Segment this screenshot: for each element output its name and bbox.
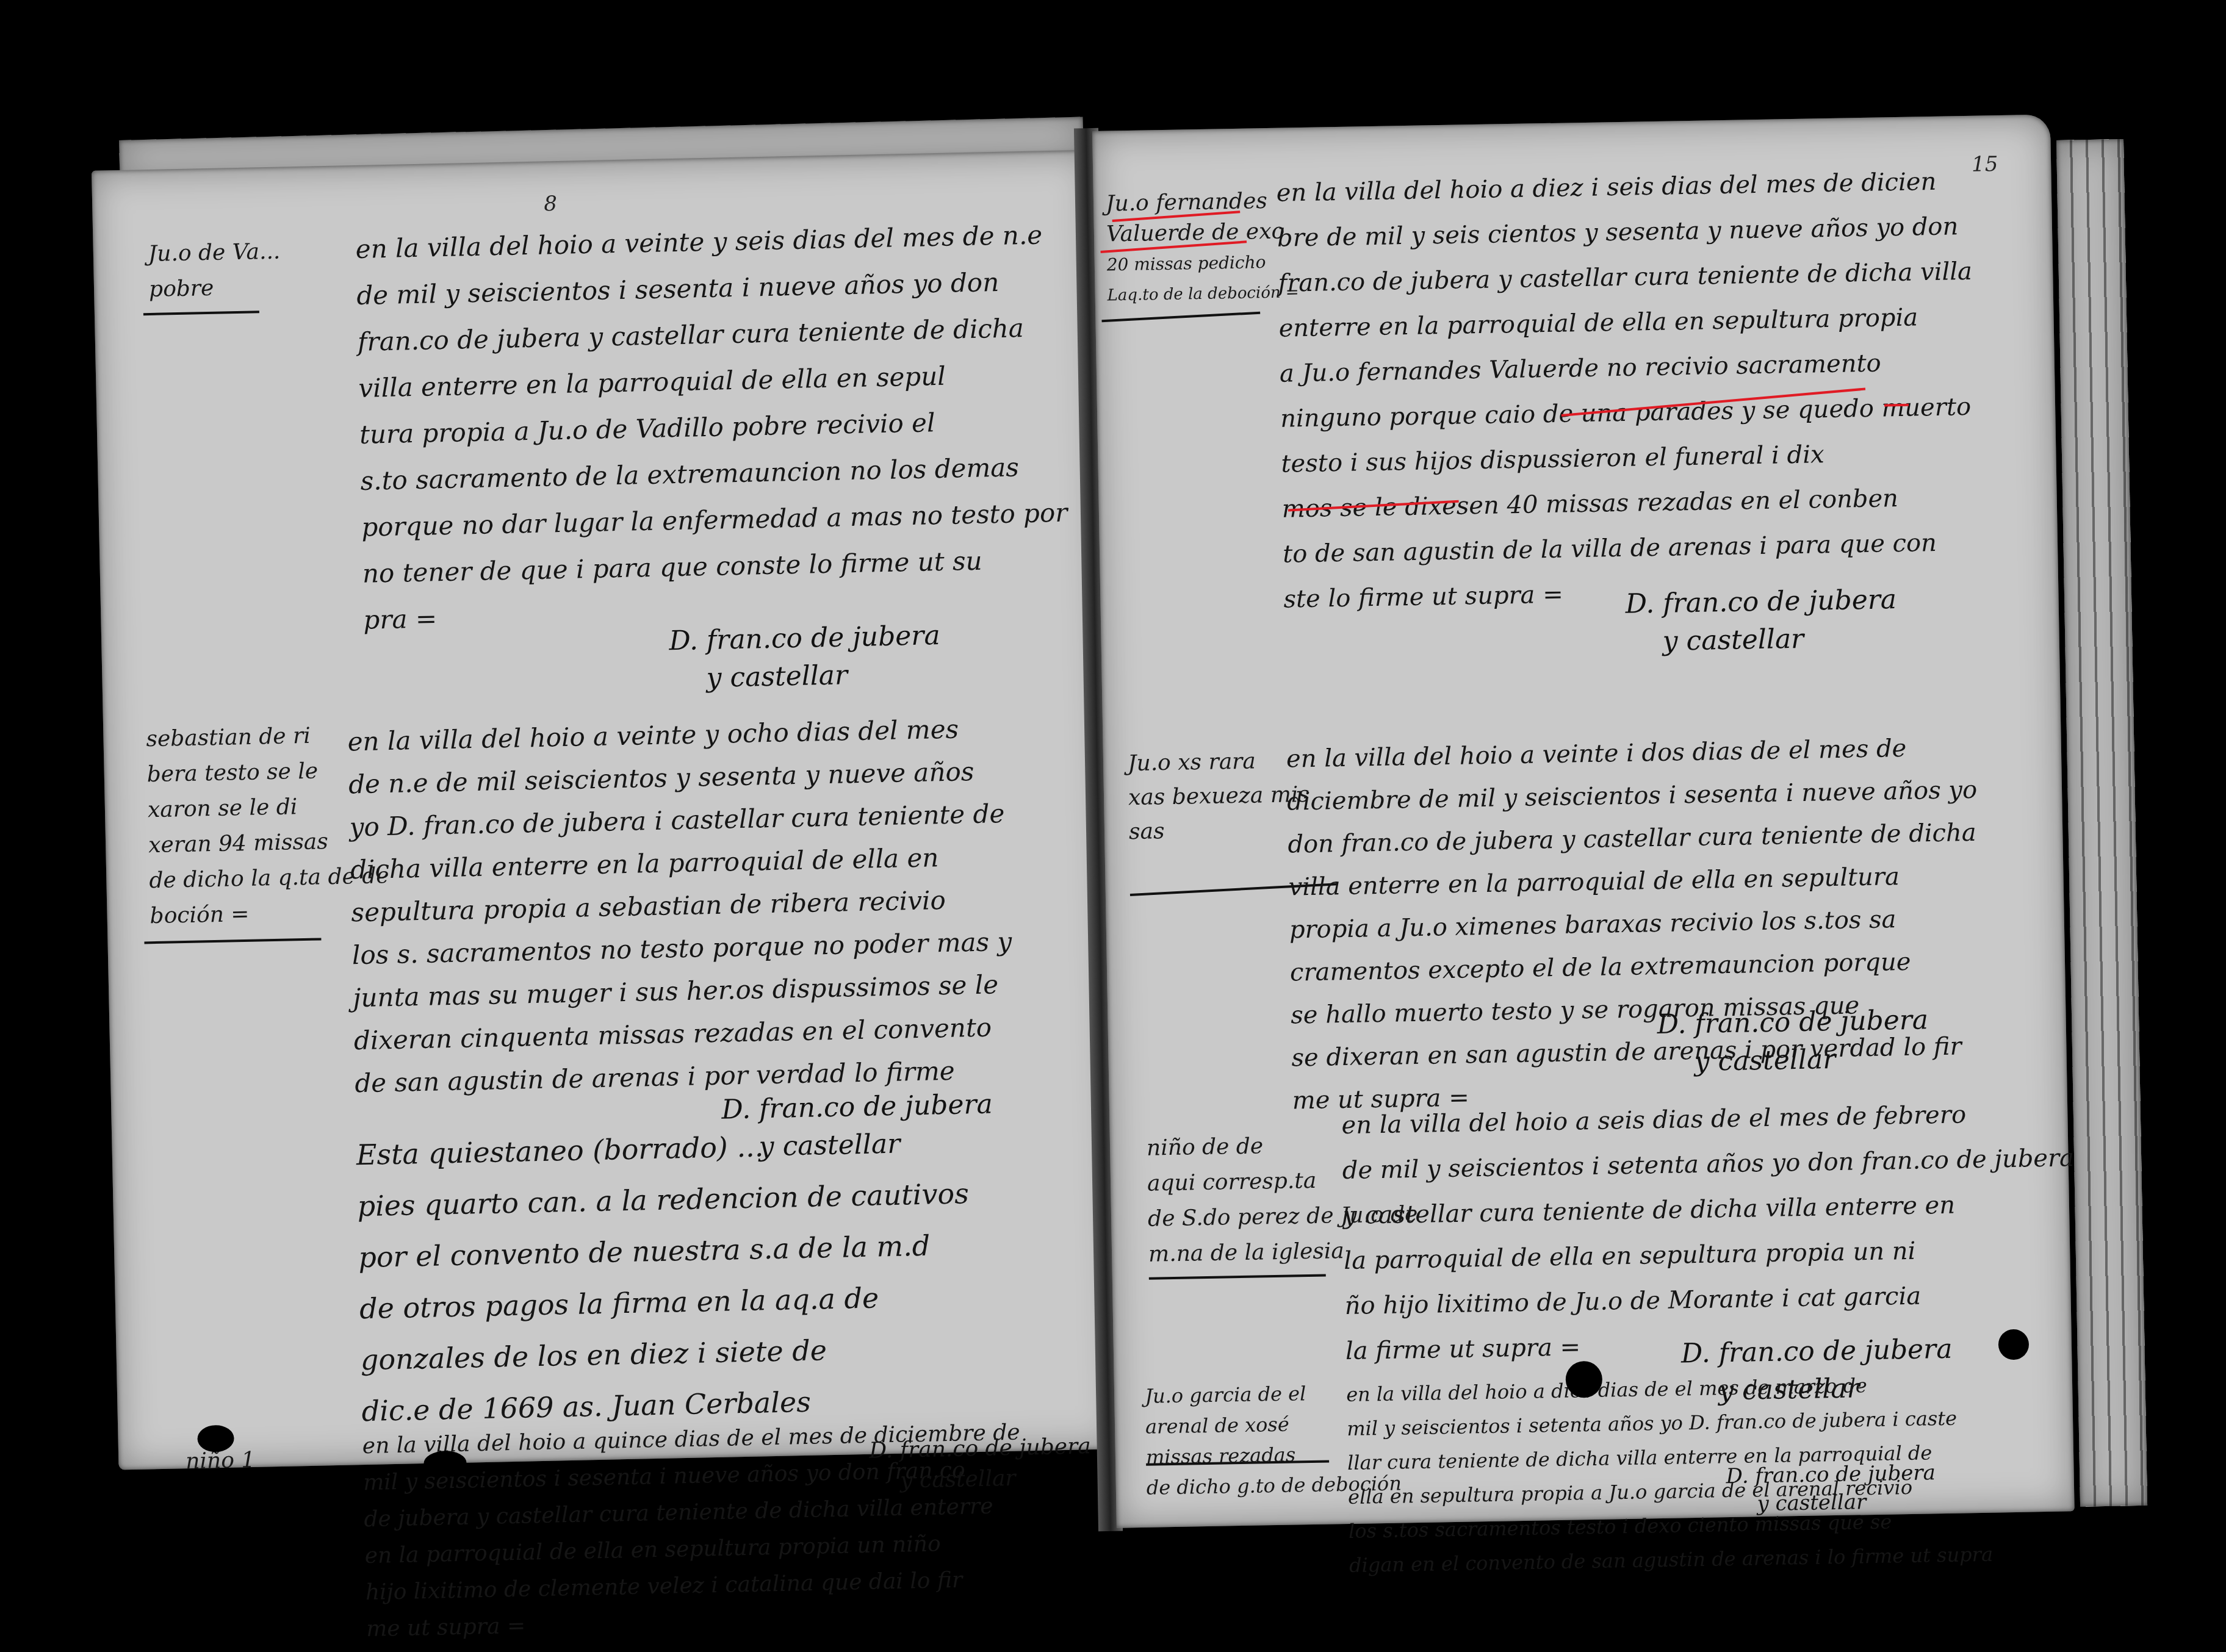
folio-number: 15 — [1972, 152, 1998, 177]
left-page: 8 Ju.o de Va... pobre en la villa del ho… — [92, 150, 1119, 1470]
red-underline — [1884, 404, 1909, 407]
signature: D. fran.co de jubera y castellar — [869, 1431, 1092, 1497]
signature: D. fran.co de jubera y castellar — [1625, 581, 1897, 661]
entry-divider — [144, 938, 321, 944]
margin-note: Ju.o xs rara xas bexueza mis sas — [1128, 744, 1311, 849]
annotation-note: Esta quiestaneo (borrado) ... pies quart… — [356, 1116, 974, 1437]
folio-number: 8 — [544, 192, 557, 216]
right-page: 15 Ju.o fernandes Valuerde de exo 20 mis… — [1092, 115, 2075, 1528]
burial-entry: en la villa del hoio a veinte y seis dia… — [355, 212, 1070, 644]
entry-divider — [143, 311, 259, 315]
entry-divider — [1149, 1274, 1326, 1280]
scanned-book-spread: 8 Ju.o de Va... pobre en la villa del ho… — [0, 0, 2226, 1652]
entry-divider — [1101, 312, 1260, 323]
signature: D. fran.co de jubera y castellar — [1726, 1459, 1936, 1518]
burial-entry: en la villa del hoio a veinte y ocho dia… — [347, 707, 1015, 1105]
burial-entry: en la villa del hoio a diez i seis dias … — [1276, 159, 1978, 622]
signature: D. fran.co de jubera y castellar — [669, 617, 942, 698]
signature: D. fran.co de jubera y castellar — [1657, 1001, 1929, 1082]
margin-note: Ju.o de Va... pobre — [148, 234, 281, 308]
burial-entry: en la villa del hoio a seis dias de el m… — [1341, 1090, 2078, 1374]
